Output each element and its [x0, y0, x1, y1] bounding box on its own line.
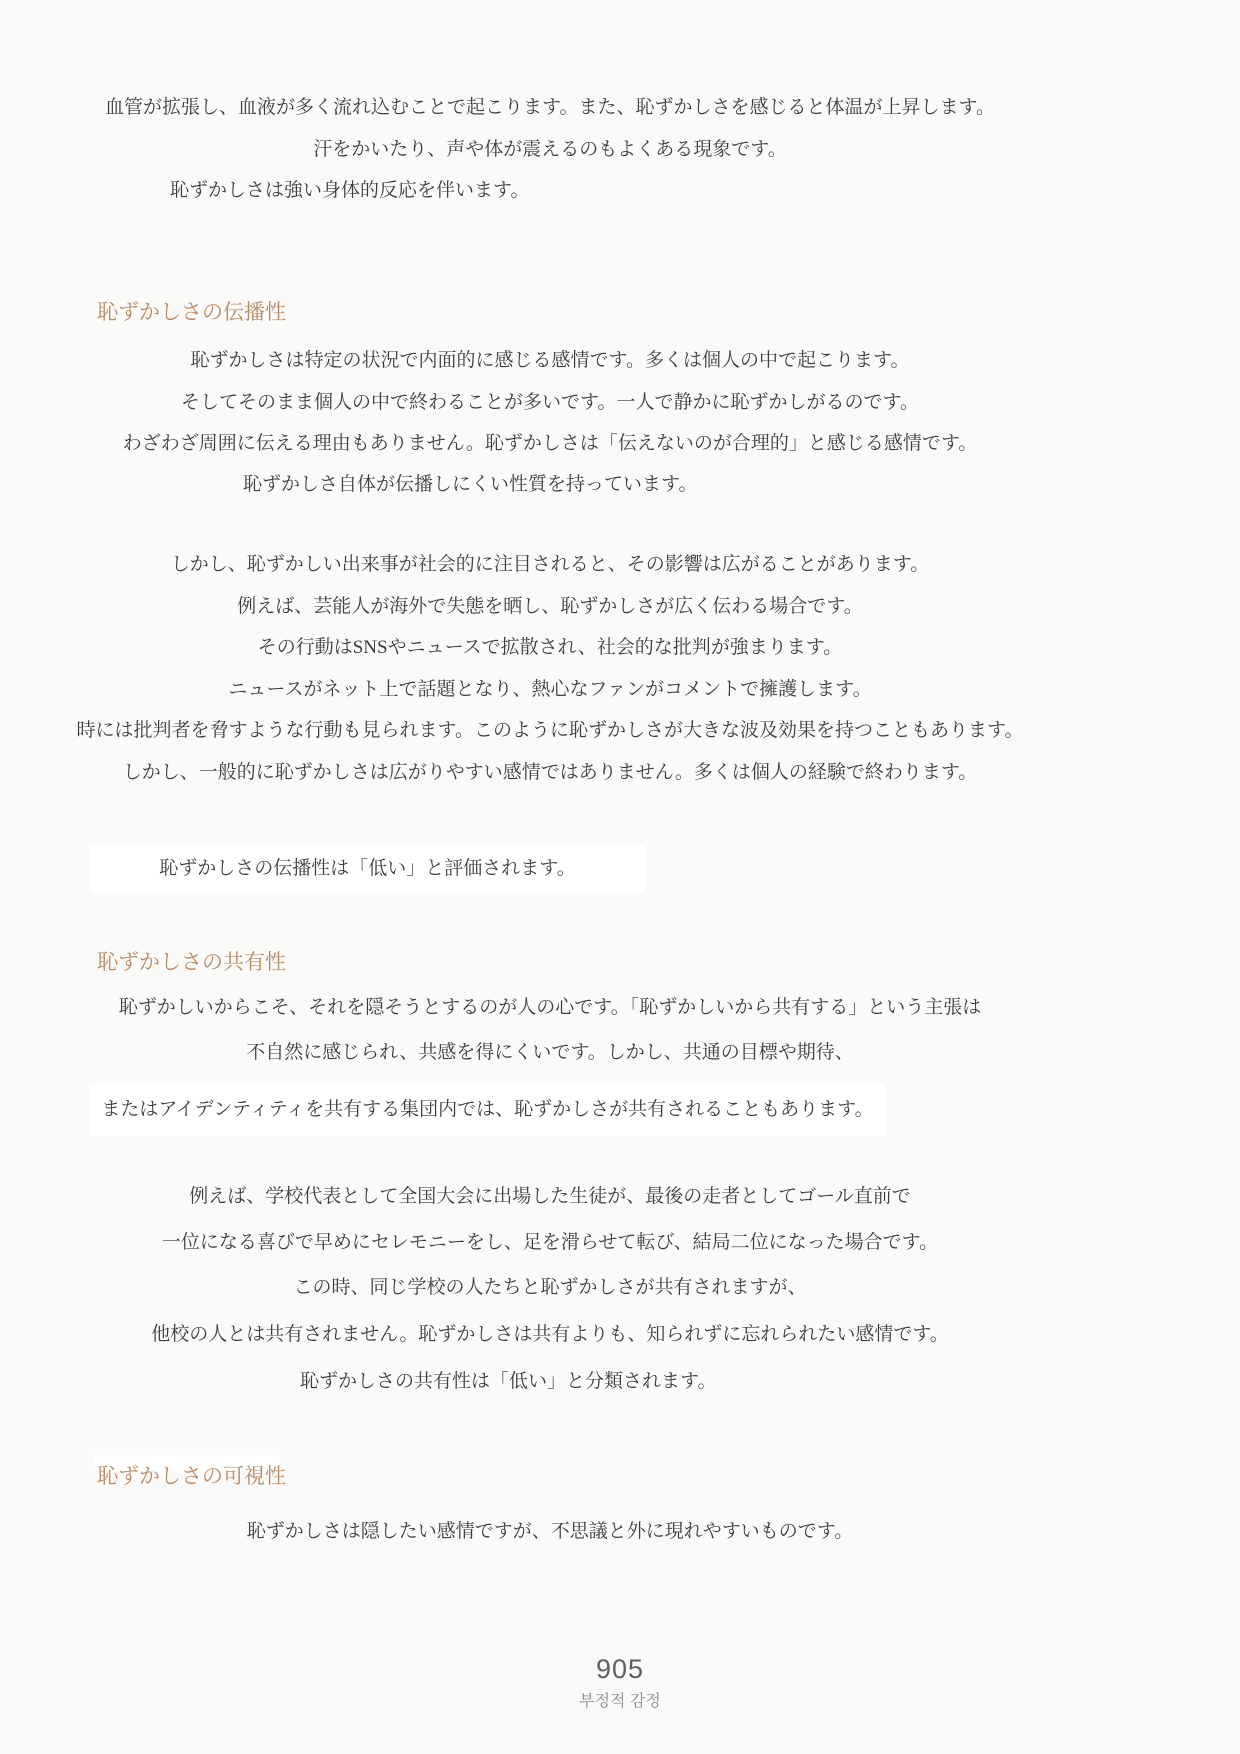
body-line: 他校の人とは共有されません。恥ずかしさは共有よりも、知られずに忘れられたい感情で… [0, 1321, 1100, 1349]
body-line: 恥ずかしいからこそ、それを隠そうとするのが人の心です。「恥ずかしいから共有する」… [0, 994, 1100, 1022]
body-line: 時には批判者を脅すような行動も見られます。このように恥ずかしさが大きな波及効果を… [0, 717, 1100, 745]
intro-line: 血管が拡張し、血液が多く流れ込むことで起こります。また、恥ずかしさを感じると体温… [0, 94, 1100, 122]
body-line: しかし、一般的に恥ずかしさは広がりやすい感情ではありません。多くは個人の経験で終… [0, 759, 1100, 787]
section-heading-kashisei: 恥ずかしさの可視性 [97, 1461, 286, 1491]
body-line: 例えば、芸能人が海外で失態を晒し、恥ずかしさが広く伝わる場合です。 [0, 593, 1100, 621]
intro-line: 恥ずかしさは強い身体的反応を伴います。 [0, 177, 1240, 205]
body-line: 例えば、学校代表として全国大会に出場した生徒が、最後の走者としてゴール直前で [0, 1183, 1100, 1211]
document-page: 血管が拡張し、血液が多く流れ込むことで起こります。また、恥ずかしさを感じると体温… [0, 0, 1240, 1754]
body-line: ニュースがネット上で話題となり、熱心なファンがコメントで擁護します。 [0, 676, 1100, 704]
content-area: 血管が拡張し、血液が多く流れ込むことで起こります。また、恥ずかしさを感じると体温… [0, 0, 1100, 1754]
body-line: その行動はSNSやニュースで拡散され、社会的な批判が強まります。 [0, 634, 1100, 662]
highlight-band: またはアイデンティティを共有する集団内では、恥ずかしさが共有されることもあります… [90, 1084, 885, 1136]
body-line: わざわざ周囲に伝える理由もありません。恥ずかしさは「伝えないのが合理的」と感じる… [0, 430, 1100, 458]
body-line: この時、同じ学校の人たちと恥ずかしさが共有されますが、 [0, 1274, 1100, 1302]
body-line: そしてそのまま個人の中で終わることが多いです。一人で静かに恥ずかしがるのです。 [0, 389, 1100, 417]
highlight-band: 恥ずかしさの伝播性は「低い」と評価されます。 [90, 845, 645, 893]
highlight-line: 恥ずかしさの伝播性は「低い」と評価されます。 [159, 855, 575, 883]
body-line: 不自然に感じられ、共感を得にくいです。しかし、共通の目標や期待、 [0, 1039, 1100, 1067]
body-line: しかし、恥ずかしい出来事が社会的に注目されると、その影響は広がることがあります。 [0, 551, 1100, 579]
highlight-line: またはアイデンティティを共有する集団内では、恥ずかしさが共有されることもあります… [101, 1096, 873, 1124]
body-line: 恥ずかしさの共有性は「低い」と分類されます。 [0, 1368, 1240, 1396]
body-line: 恥ずかしさは隠したい感情ですが、不思議と外に現れやすいものです。 [0, 1518, 1100, 1546]
body-line: 恥ずかしさ自体が伝播しにくい性質を持っています。 [0, 471, 1240, 499]
body-line: 一位になる喜びで早めにセレモニーをし、足を滑らせて転び、結局二位になった場合です… [0, 1229, 1100, 1257]
section-heading-kyoyusei: 恥ずかしさの共有性 [97, 947, 286, 977]
intro-line: 汗をかいたり、声や体が震えるのもよくある現象です。 [0, 136, 1100, 164]
section-heading-denpansei: 恥ずかしさの伝播性 [97, 297, 286, 327]
page-number: 905 [0, 1652, 1240, 1686]
page-footer: 905 부정적 감정 [0, 1652, 1240, 1712]
body-line: 恥ずかしさは特定の状況で内面的に感じる感情です。多くは個人の中で起こります。 [0, 347, 1100, 375]
footer-section-label: 부정적 감정 [0, 1692, 1240, 1712]
